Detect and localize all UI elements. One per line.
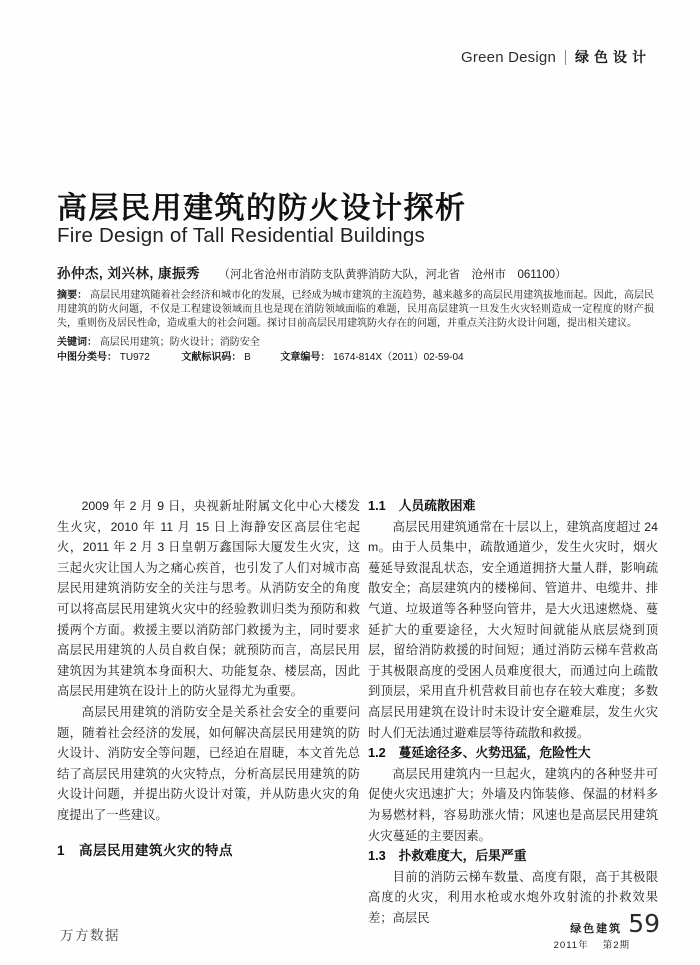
section-1-2-text: 高层民用建筑内一旦起火，建筑内的各种竖井可促使火灾迅速扩大；外墙及内饰装修、保温… xyxy=(368,764,658,846)
header-divider xyxy=(565,50,566,65)
section-1-1-text: 高层民用建筑通常在十层以上，建筑高度超过 24 m。由于人员集中，疏散通道少，发… xyxy=(368,517,658,744)
right-column: 1.1 人员疏散困难 高层民用建筑通常在十层以上，建筑高度超过 24 m。由于人… xyxy=(368,496,658,928)
article-id-value: 1674-814X（2011）02-59-04 xyxy=(333,352,463,363)
keywords-label: 关键词： xyxy=(57,337,97,348)
article-body: 2009 年 2 月 9 日，央视新址附属文化中心大楼发生火灾，2010 年 1… xyxy=(57,496,658,928)
author-affiliation: （河北省沧州市消防支队黄骅消防大队，河北省 沧州市 061100） xyxy=(218,269,566,281)
page-header: Green Design 绿色设计 xyxy=(461,47,651,67)
footer-issue-info: 2011年 第2期 xyxy=(554,937,660,951)
clc-value: TU972 xyxy=(120,352,150,363)
keywords-text: 高层民用建筑；防火设计；消防安全 xyxy=(100,337,260,348)
left-column: 2009 年 2 月 9 日，央视新址附属文化中心大楼发生火灾，2010 年 1… xyxy=(57,496,360,928)
abstract-label: 摘要： xyxy=(57,290,87,301)
article-title-chinese: 高层民用建筑的防火设计探析 xyxy=(57,183,467,227)
footer-page-info: 绿色建筑 59 2011年 第2期 xyxy=(554,911,660,951)
keywords-line: 关键词： 高层民用建筑；防火设计；消防安全 xyxy=(57,333,260,348)
journal-name-english: Green Design xyxy=(461,49,556,66)
abstract-text: 高层民用建筑随着社会经济和城市化的发展，已经成为城市建筑的主流趋势，越来越多的高… xyxy=(57,290,654,329)
doc-code-label: 文献标识码： xyxy=(181,352,241,363)
author-names: 孙仲杰, 刘兴林, 康振秀 xyxy=(57,266,200,281)
abstract-block: 摘要： 高层民用建筑随着社会经济和城市化的发展，已经成为城市建筑的主流趋势，越来… xyxy=(57,289,654,330)
section-1-3-heading: 1.3 扑救难度大，后果严重 xyxy=(368,846,658,867)
byline: 孙仲杰, 刘兴林, 康振秀 （河北省沧州市消防支队黄骅消防大队，河北省 沧州市 … xyxy=(57,262,657,283)
section-1-2-heading: 1.2 蔓延途径多、火势迅猛，危险性大 xyxy=(368,743,658,764)
page-number: 59 xyxy=(628,911,660,936)
classification-line: 中图分类号： TU972 文献标识码： B 文章编号： 1674-814X（20… xyxy=(57,348,464,363)
footer-journal-page: 绿色建筑 59 xyxy=(554,911,660,936)
intro-paragraph-1: 2009 年 2 月 9 日，央视新址附属文化中心大楼发生火灾，2010 年 1… xyxy=(57,496,360,702)
article-title-english: Fire Design of Tall Residential Building… xyxy=(57,224,425,248)
doc-code-value: B xyxy=(244,352,251,363)
article-id-label: 文章编号： xyxy=(280,352,330,363)
wanfang-watermark: 万方数据 xyxy=(60,924,120,944)
journal-page: Green Design 绿色设计 高层民用建筑的防火设计探析 Fire Des… xyxy=(0,0,700,965)
footer-journal-name: 绿色建筑 xyxy=(570,920,622,936)
intro-paragraph-2: 高层民用建筑的消防安全是关系社会安全的重要问题，随着社会经济的发展，如何解决高层… xyxy=(57,702,360,826)
section-1-heading: 1 高层民用建筑火灾的特点 xyxy=(57,841,360,862)
journal-section-chinese: 绿色设计 xyxy=(575,47,651,67)
section-1-1-heading: 1.1 人员疏散困难 xyxy=(368,496,658,517)
clc-label: 中图分类号： xyxy=(57,352,117,363)
